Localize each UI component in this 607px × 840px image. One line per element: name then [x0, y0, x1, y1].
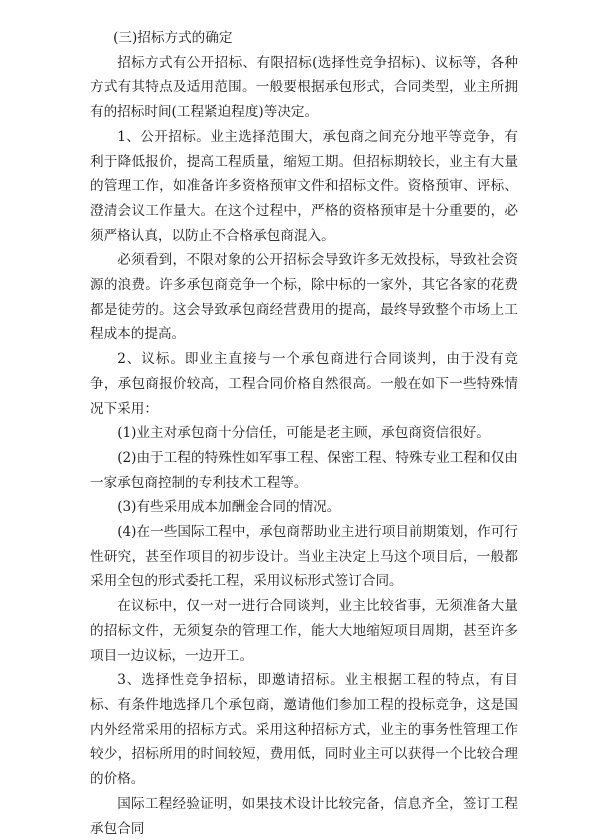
paragraph-intro: 招标方式有公开招标、有限招标(选择性竞争招标)、议标等，各种方式有其特点及适用范… [90, 51, 518, 125]
paragraph-open-tender: 1、公开招标。业主选择范围大，承包商之间充分地平等竞争，有利于降低报价，提高工程… [90, 125, 518, 249]
paragraph-selective-tender: 3、选择性竞争招标，即邀请招标。业主根据工程的特点，有目标、有条件地选择几个承包… [90, 668, 518, 792]
list-item-2: (2)由于工程的特殊性如军事工程、保密工程、特殊专业工程和仅由一家承包商控制的专… [90, 446, 518, 495]
paragraph-negotiation: 2、议标。即业主直接与一个承包商进行合同谈判，由于没有竞争，承包商报价较高，工程… [90, 347, 518, 421]
paragraph-open-tender-drawback: 必须看到，不限对象的公开招标会导致许多无效投标，导致社会资源的浪费。许多承包商竞… [90, 248, 518, 347]
document-page: (三)招标方式的确定 招标方式有公开招标、有限招标(选择性竞争招标)、议标等，各… [90, 26, 518, 840]
list-item-4: (4)在一些国际工程中，承包商帮助业主进行项目前期策划，作可行性研究，甚至作项目… [90, 520, 518, 594]
paragraph-international-experience: 国际工程经验证明，如果技术设计比较完备，信息齐全，签订工程承包合同 [90, 792, 518, 840]
list-item-3: (3)有些采用成本加酬金合同的情况。 [90, 495, 518, 520]
paragraph-negotiation-benefits: 在议标中，仅一对一进行合同谈判，业主比较省事，无须准备大量的招标文件，无须复杂的… [90, 594, 518, 668]
section-heading: (三)招标方式的确定 [90, 26, 518, 51]
list-item-1: (1)业主对承包商十分信任，可能是老主顾，承包商资信很好。 [90, 421, 518, 446]
